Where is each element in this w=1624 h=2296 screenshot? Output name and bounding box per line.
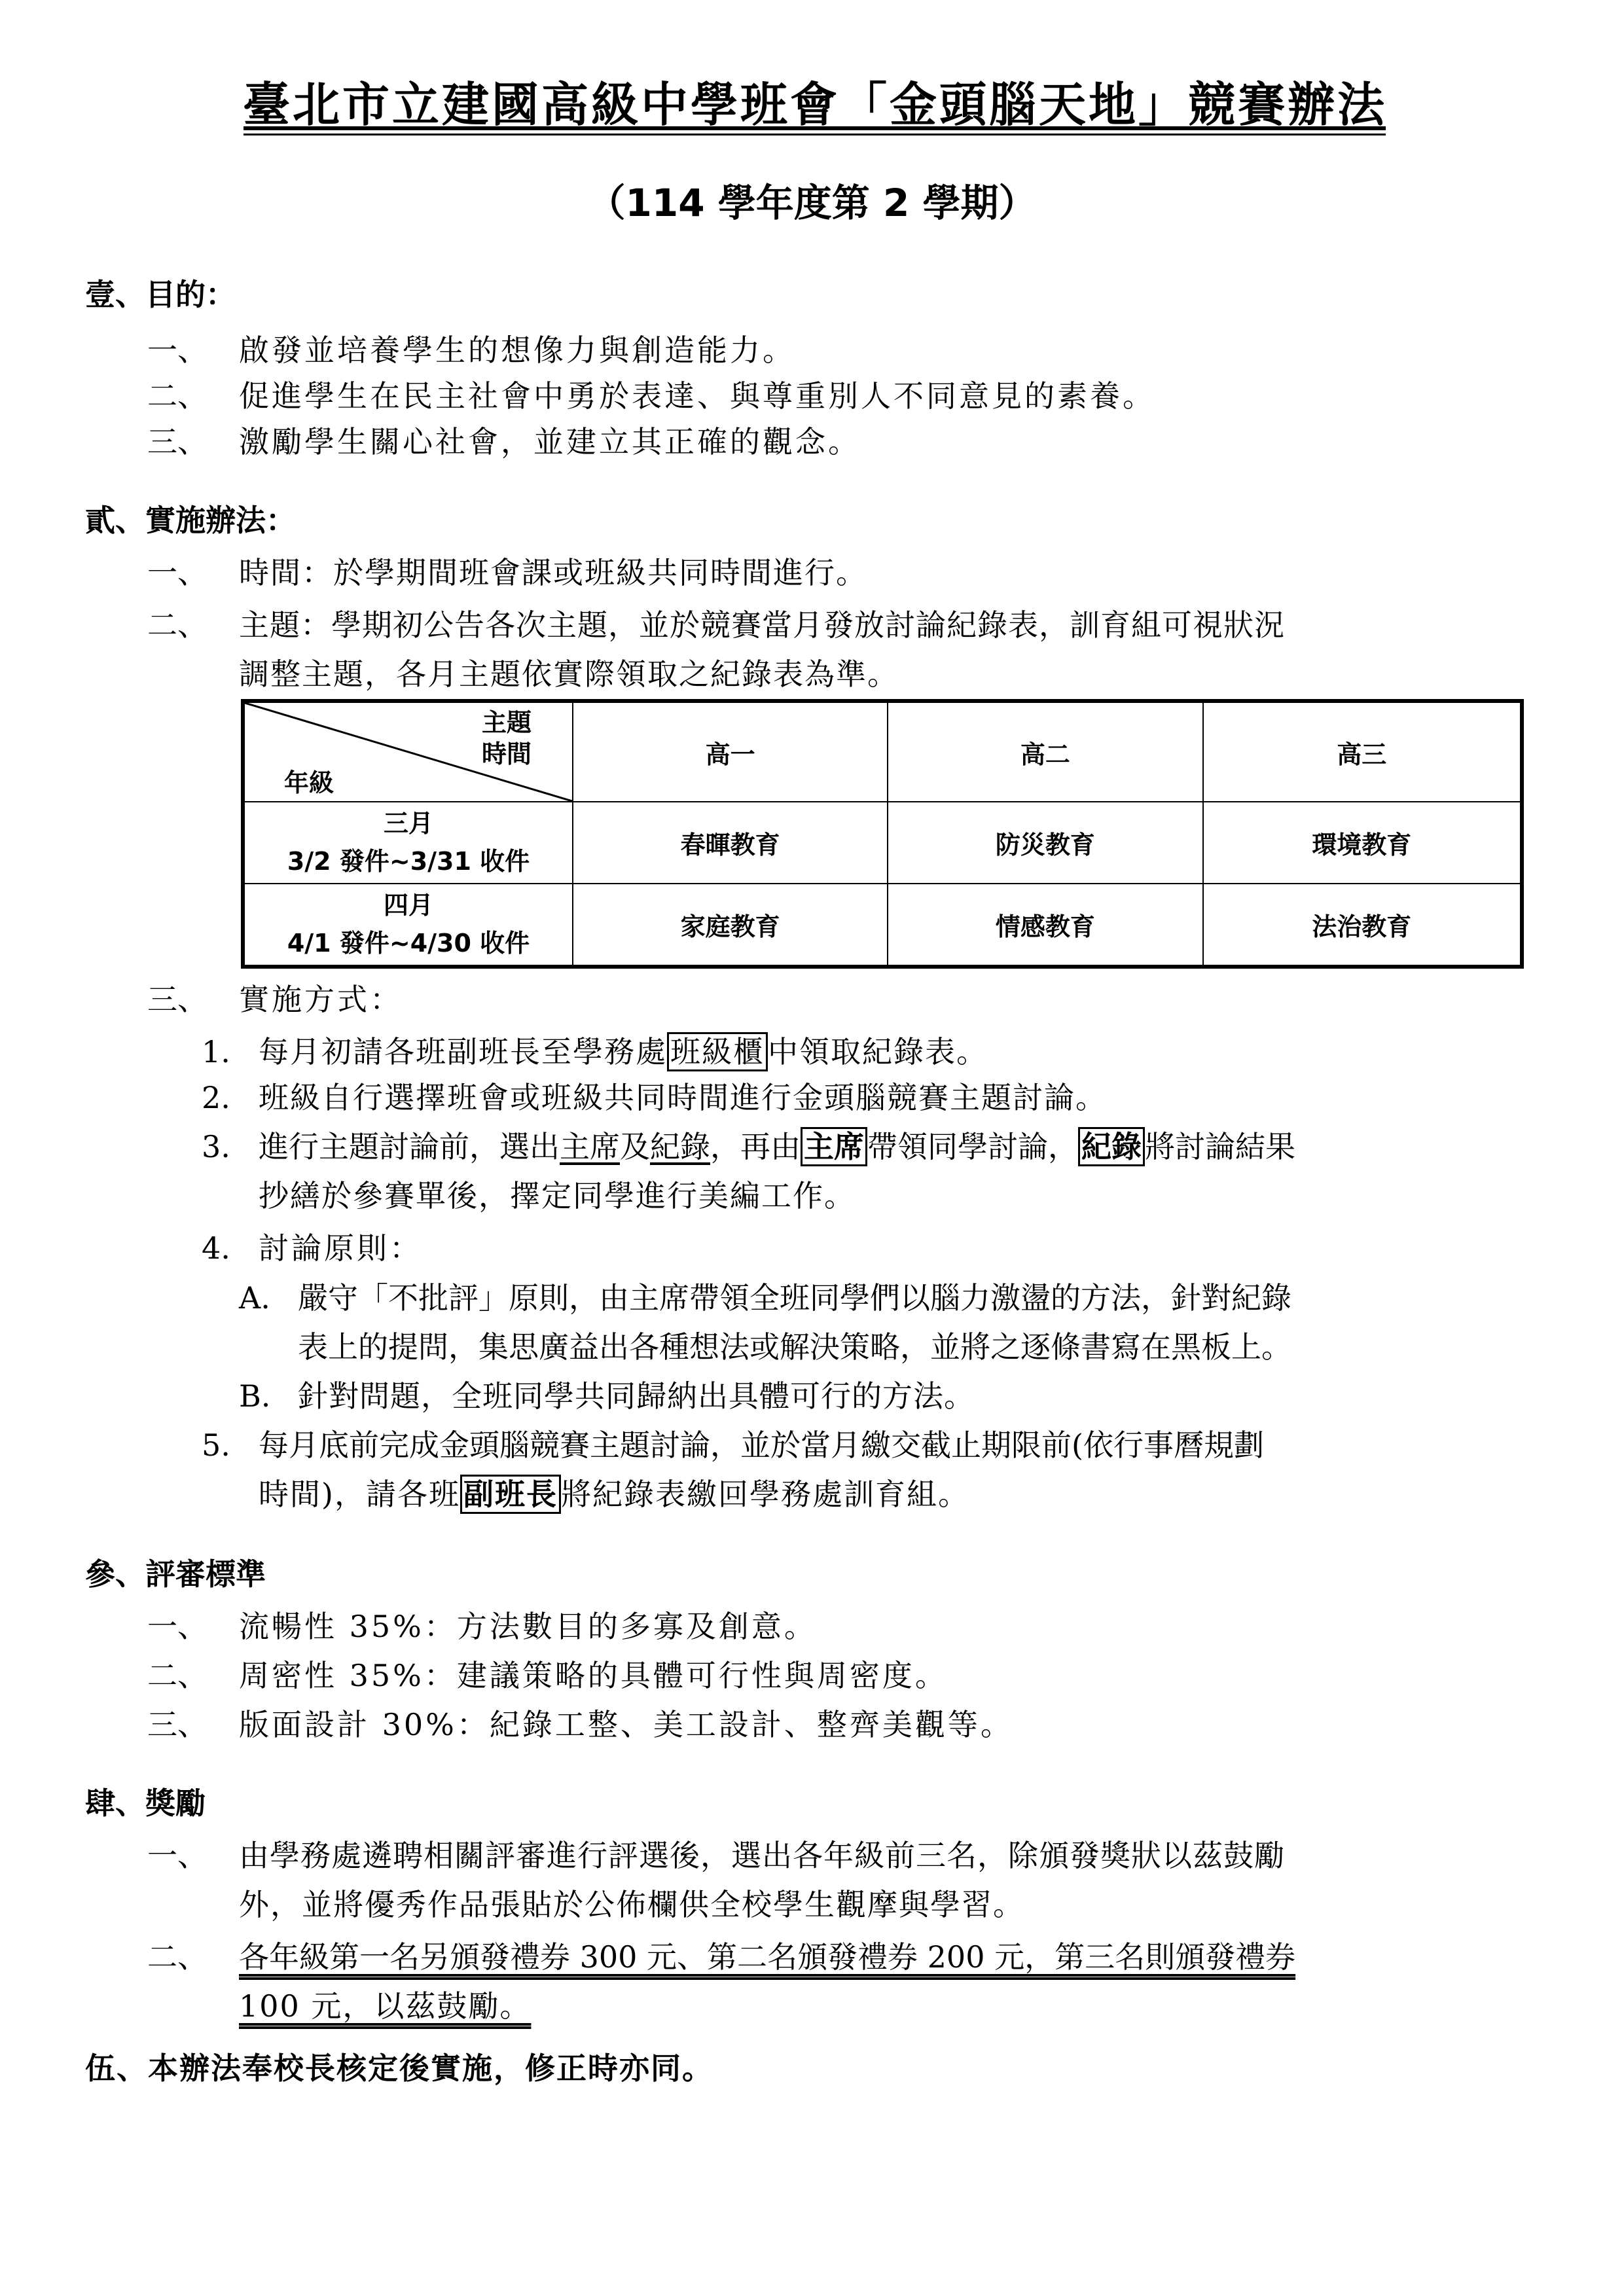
implementation-time: 時間：於學期間班會課或班級共同時間進行。 (239, 550, 867, 596)
step-number: 3. (202, 1124, 230, 1170)
item-number: 三、 (147, 1702, 208, 1748)
step-number: 2. (202, 1075, 230, 1121)
column-header: 高二 (888, 701, 1202, 802)
section-heading-implementation: 貳、實施辦法： (85, 497, 296, 543)
sub-label: A. (239, 1275, 270, 1321)
criteria-item-1: 流暢性 35%：方法數目的多寡及創意。 (239, 1604, 817, 1649)
sub-label: B. (239, 1373, 270, 1419)
table-cell: 防災教育 (888, 802, 1202, 884)
document-page: 臺北市立建國高級中學班會「金頭腦天地」競賽辦法 （114 學年度第 2 學期） … (0, 0, 1624, 2296)
table-cell: 環境教育 (1203, 802, 1523, 884)
table-cell: 家庭教育 (573, 884, 888, 967)
schedule-table: 主題 時間 年級 高一 高二 高三 三月 3/2 發件~3/31 收件 春暉教育… (241, 699, 1524, 969)
method-step-4: 討論原則： (259, 1225, 422, 1271)
method-label: 實施方式： (239, 977, 403, 1022)
rewards-item-2-line2: 100 元，以茲鼓勵。 (239, 1983, 531, 2029)
purpose-item-3: 激勵學生關心社會，並建立其正確的觀念。 (239, 419, 861, 465)
item-number: 一、 (147, 550, 208, 596)
table-cell: 法治教育 (1203, 884, 1523, 967)
method-step-3: 進行主題討論前，選出主席及紀錄，再由主席帶領同學討論，紀錄將討論結果 (259, 1124, 1295, 1170)
item-number: 二、 (147, 1653, 208, 1698)
corner-label-topic-time: 主題 時間 (482, 707, 532, 770)
corner-label-grade: 年級 (284, 762, 334, 798)
table-row: 四月 4/1 發件~4/30 收件 家庭教育 情感教育 法治教育 (243, 884, 1522, 967)
method-step-3-line2: 抄繕於參賽單後，擇定同學進行美編工作。 (259, 1173, 856, 1219)
section-heading-criteria: 參、評審標準 (85, 1551, 266, 1597)
purpose-item-2: 促進學生在民主社會中勇於表達、與尊重別人不同意見的素養。 (239, 373, 1155, 419)
method-step-1: 每月初請各班副班長至學務處班級櫃中領取紀錄表。 (259, 1029, 988, 1075)
item-number: 二、 (147, 1934, 208, 1980)
step-number: 4. (202, 1225, 230, 1271)
step-number: 1. (202, 1029, 230, 1075)
method-step-2: 班級自行選擇班會或班級共同時間進行金頭腦競賽主題討論。 (259, 1075, 1107, 1121)
implementation-topic-line2: 調整主題，各月主題依實際領取之紀錄表為準。 (239, 651, 899, 697)
item-number: 一、 (147, 1604, 208, 1649)
criteria-item-3: 版面設計 30%：紀錄工整、美工設計、整齊美觀等。 (239, 1702, 1013, 1748)
item-number: 二、 (147, 602, 208, 648)
method-step-5-line2: 時間)，請各班副班長將紀錄表繳回學務處訓育組。 (259, 1471, 969, 1517)
item-number: 一、 (147, 1833, 208, 1878)
table-cell: 春暉教育 (573, 802, 888, 884)
item-number: 二、 (147, 373, 208, 419)
closing-statement: 伍、本辦法奉校長核定後實施，修正時亦同。 (85, 2045, 713, 2091)
table-cell: 情感教育 (888, 884, 1202, 967)
table-corner-cell: 主題 時間 年級 (243, 701, 573, 802)
principle-a-line2: 表上的提問，集思廣益出各種想法或解決策略，並將之逐條書寫在黑板上。 (298, 1324, 1291, 1370)
column-header: 高三 (1203, 701, 1523, 802)
item-number: 三、 (147, 419, 208, 465)
boxed-term: 班級櫃 (667, 1032, 768, 1071)
step-number: 5. (202, 1422, 230, 1468)
row-header: 四月 4/1 發件~4/30 收件 (243, 884, 573, 967)
method-step-5-line1: 每月底前完成金頭腦競賽主題討論，並於當月繳交截止期限前(依行事曆規劃 (259, 1422, 1264, 1468)
purpose-item-1: 啟發並培養學生的想像力與創造能力。 (239, 327, 795, 373)
column-header: 高一 (573, 701, 888, 802)
implementation-topic-line1: 主題：學期初公告各次主題，並於競賽當月發放討論紀錄表，訓育組可視狀況 (239, 602, 1285, 648)
title-underline-thick (244, 126, 1386, 130)
rewards-item-1-line1: 由學務處遴聘相關評審進行評選後，選出各年級前三名，除頒發獎狀以茲鼓勵 (239, 1833, 1285, 1878)
boxed-term: 主席 (801, 1127, 867, 1166)
underlined-term: 紀錄 (650, 1129, 710, 1164)
section-heading-purpose: 壹、目的： (85, 272, 236, 317)
row-header: 三月 3/2 發件~3/31 收件 (243, 802, 573, 884)
principle-b: 針對問題，全班同學共同歸納出具體可行的方法。 (298, 1373, 975, 1419)
title-underline-thin (244, 134, 1386, 135)
criteria-item-2: 周密性 35%：建議策略的具體可行性與周密度。 (239, 1653, 948, 1698)
rewards-item-2-line1: 各年級第一名另頒發禮券 300 元、第二名頒發禮券 200 元，第三名則頒發禮券 (239, 1934, 1295, 1980)
section-heading-rewards: 肆、獎勵 (85, 1780, 206, 1826)
item-number: 三、 (147, 977, 208, 1022)
item-number: 一、 (147, 327, 208, 373)
principle-a-line1: 嚴守「不批評」原則，由主席帶領全班同學們以腦力激盪的方法，針對紀錄 (298, 1275, 1291, 1321)
document-subtitle: （114 學年度第 2 學期） (0, 173, 1624, 232)
boxed-term: 副班長 (460, 1475, 561, 1514)
table-row: 三月 3/2 發件~3/31 收件 春暉教育 防災教育 環境教育 (243, 802, 1522, 884)
rewards-item-1-line2: 外，並將優秀作品張貼於公佈欄供全校學生觀摩與學習。 (239, 1882, 1024, 1928)
underlined-term: 主席 (560, 1129, 620, 1164)
boxed-term: 紀錄 (1078, 1127, 1145, 1166)
